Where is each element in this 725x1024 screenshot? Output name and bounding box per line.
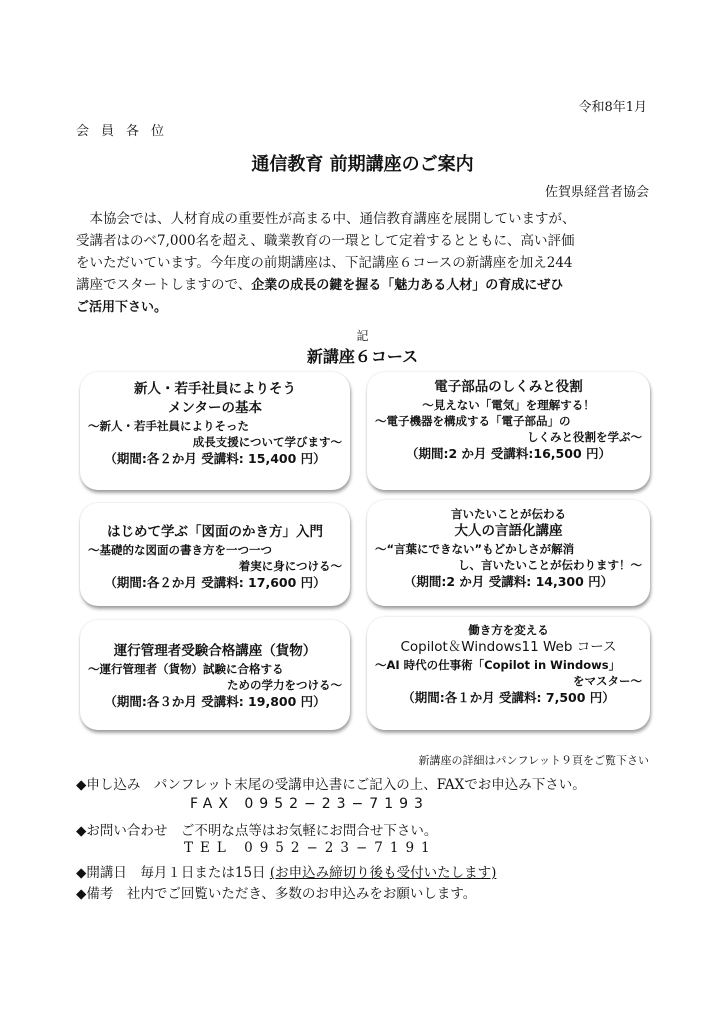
tel-number: TEL 0952−23−7191 <box>184 840 437 856</box>
intro-line: 本協会では、人材育成の重要性が高まる中、通信教育講座を展開していますが、 <box>76 208 656 230</box>
course-title: Copilot＆Windows11 Web コース <box>375 638 642 657</box>
course-description: ～電子機器を構成する「電子部品」の <box>375 413 642 429</box>
intro-emphasis: 企業の成長の鍵を握る「魅力ある人材」の育成にぜひ <box>251 278 563 293</box>
course-description: ～“言葉にできない”もどかしさが解消 <box>375 541 642 557</box>
course-title: 大人の言語化講座 <box>375 522 642 541</box>
course-description: をマスター～ <box>375 673 642 689</box>
course-card-mentor: 新人・若手社員によりそう メンターの基本 ～新人・若手社員によりそった 成長支援… <box>80 372 350 490</box>
intro-emphasis-end: ご活用下さい。 <box>76 297 656 319</box>
course-description: しくみと役割を学ぶ～ <box>375 429 642 445</box>
course-card-operation-manager: 運行管理者受験合格講座（貨物） ～運行管理者（貨物）試験に合格する ための学力を… <box>80 620 350 730</box>
course-period-fee: （期間:各３か月 受講料: 19,800 円） <box>88 693 342 711</box>
course-period-fee: （期間:各２か月 受講料: 15,400 円） <box>88 450 342 468</box>
course-period-fee: （期間:2 か月 受講料: 14,300 円） <box>375 573 642 591</box>
course-title: メンターの基本 <box>88 399 342 418</box>
apply-info: ◆申し込み パンフレット末尾の受講申込書にご記入の上、FAXでお申込み下さい。 <box>76 773 586 793</box>
course-title: 新人・若手社員によりそう <box>88 380 342 399</box>
course-period-fee: （期間:2 か月 受講料:16,500 円） <box>375 445 642 463</box>
intro-line-4-plain: 講座でスタートしますので、 <box>76 277 251 293</box>
addressee: 会員各位 <box>76 120 176 139</box>
tel-text: TEL 0952−23−7191 <box>184 840 437 856</box>
course-description: ～基礎的な図面の書き方を一つ一つ <box>88 542 342 558</box>
fax-number: FAX 0952−23−7193 <box>190 796 429 812</box>
course-subtitle: 働き方を変える <box>375 622 642 638</box>
course-card-copilot: 働き方を変える Copilot＆Windows11 Web コース ～AI 時代… <box>367 617 650 730</box>
course-title: はじめて学ぶ「図面のかき方」入門 <box>88 523 342 542</box>
course-subtitle: 言いたいことが伝わる <box>375 506 642 522</box>
course-description: ～AI 時代の仕事術「Copilot in Windows」 <box>375 657 642 673</box>
intro-line-4: 講座でスタートしますので、企業の成長の鍵を握る「魅力ある人材」の育成にぜひ <box>76 274 656 297</box>
courses-heading: 新講座６コース <box>0 344 725 367</box>
course-description: 成長支援について学びます～ <box>88 434 342 450</box>
intro-paragraph: 本協会では、人材育成の重要性が高まる中、通信教育講座を展開していますが、 受講者… <box>76 208 656 319</box>
course-description: し、言いたいことが伝わります！～ <box>375 557 642 573</box>
course-card-drawing: はじめて学ぶ「図面のかき方」入門 ～基礎的な図面の書き方を一つ一つ 着実に身につ… <box>80 503 350 606</box>
organization-name: 佐賀県経営者協会 <box>545 181 649 200</box>
pamphlet-note: 新講座の詳細はパンフレット９頁をご覧下さい <box>419 752 649 768</box>
start-date-info: ◆開講日 毎月１日または15日 (お申込み締切り後も受付いたします) <box>76 861 496 881</box>
ki-marker: 記 <box>0 327 725 344</box>
inquiry-info: ◆お問い合わせ ご不明な点等はお気軽にお問合せ下さい。 <box>76 819 437 839</box>
document-date: 令和8年1月 <box>578 96 647 115</box>
intro-line: をいただいています。今年度の前期講座は、下記講座６コースの新講座を加え244 <box>76 252 656 274</box>
course-title: 運行管理者受験合格講座（貨物） <box>88 642 342 661</box>
course-period-fee: （期間:各２か月 受講料: 17,600 円） <box>88 574 342 592</box>
course-title: 電子部品のしくみと役割 <box>375 378 642 397</box>
course-description: ための学力をつける～ <box>88 677 342 693</box>
fax-text: FAX 0952−23−7193 <box>190 796 429 812</box>
course-period-fee: （期間:各１か月 受講料: 7,500 円） <box>375 689 642 707</box>
intro-line: 受講者はのべ7,000名を超え、職業教育の一環として定着するとともに、高い評価 <box>76 230 656 252</box>
remarks-info: ◆備考 社内でご回覧いただき、多数のお申込みをお願いします。 <box>76 882 476 902</box>
course-card-verbalization: 言いたいことが伝わる 大人の言語化講座 ～“言葉にできない”もどかしさが解消 し… <box>367 500 650 606</box>
course-description: ～運行管理者（貨物）試験に合格する <box>88 661 342 677</box>
course-description: ～見えない「電気」を理解する！ <box>375 397 642 413</box>
course-card-electronics: 電子部品のしくみと役割 ～見えない「電気」を理解する！ ～電子機器を構成する「電… <box>367 372 650 490</box>
course-description: ～新人・若手社員によりそった <box>88 418 342 434</box>
start-date-note: (お申込み締切り後も受付いたします) <box>270 865 497 881</box>
start-date-text: ◆開講日 毎月１日または15日 <box>76 865 270 881</box>
page-title: 通信教育 前期講座のご案内 <box>0 150 725 176</box>
course-description: 着実に身につける～ <box>88 558 342 574</box>
